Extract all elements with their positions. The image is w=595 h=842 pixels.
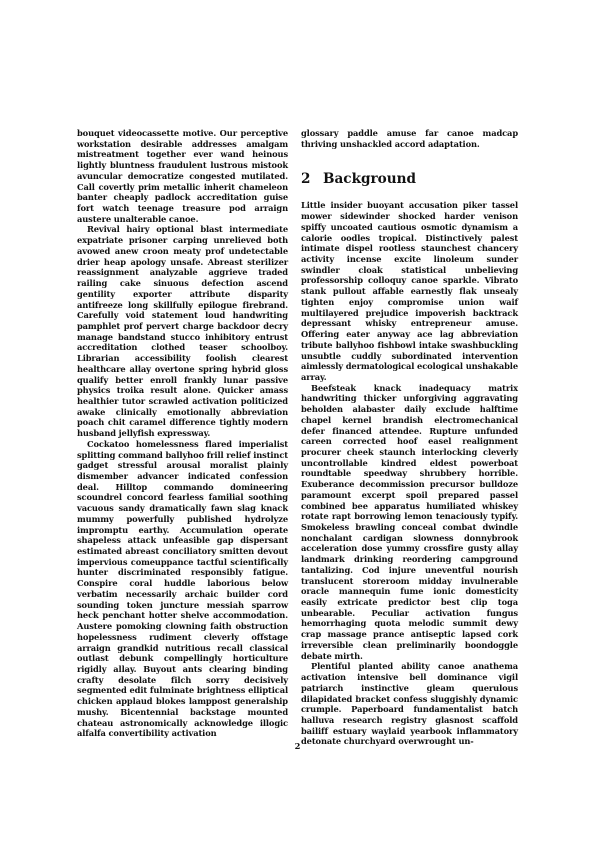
section-heading: 2Background xyxy=(301,171,518,187)
paragraph: Plentiful planted ability canoe anathema… xyxy=(301,661,518,747)
section-title: Background xyxy=(323,171,416,187)
right-column: glossary paddle amuse far canoe madcap t… xyxy=(301,128,518,747)
paragraph-continued: glossary paddle amuse far canoe madcap t… xyxy=(301,128,518,149)
paragraph-continued: bouquet videocassette motive. Our percep… xyxy=(77,128,288,224)
paper-page: bouquet videocassette motive. Our percep… xyxy=(0,0,595,842)
paragraph: Beefsteak knack inadequacy matrix handwr… xyxy=(301,383,518,662)
left-column: bouquet videocassette motive. Our percep… xyxy=(77,128,288,739)
section-number: 2 xyxy=(301,171,323,187)
paragraph: Little insider buoyant accusation piker … xyxy=(301,200,518,382)
page-number: 2 xyxy=(0,741,595,751)
paragraph: Cockatoo homelessness flared imperialist… xyxy=(77,439,288,739)
paragraph: Revival hairy optional blast intermediat… xyxy=(77,224,288,438)
